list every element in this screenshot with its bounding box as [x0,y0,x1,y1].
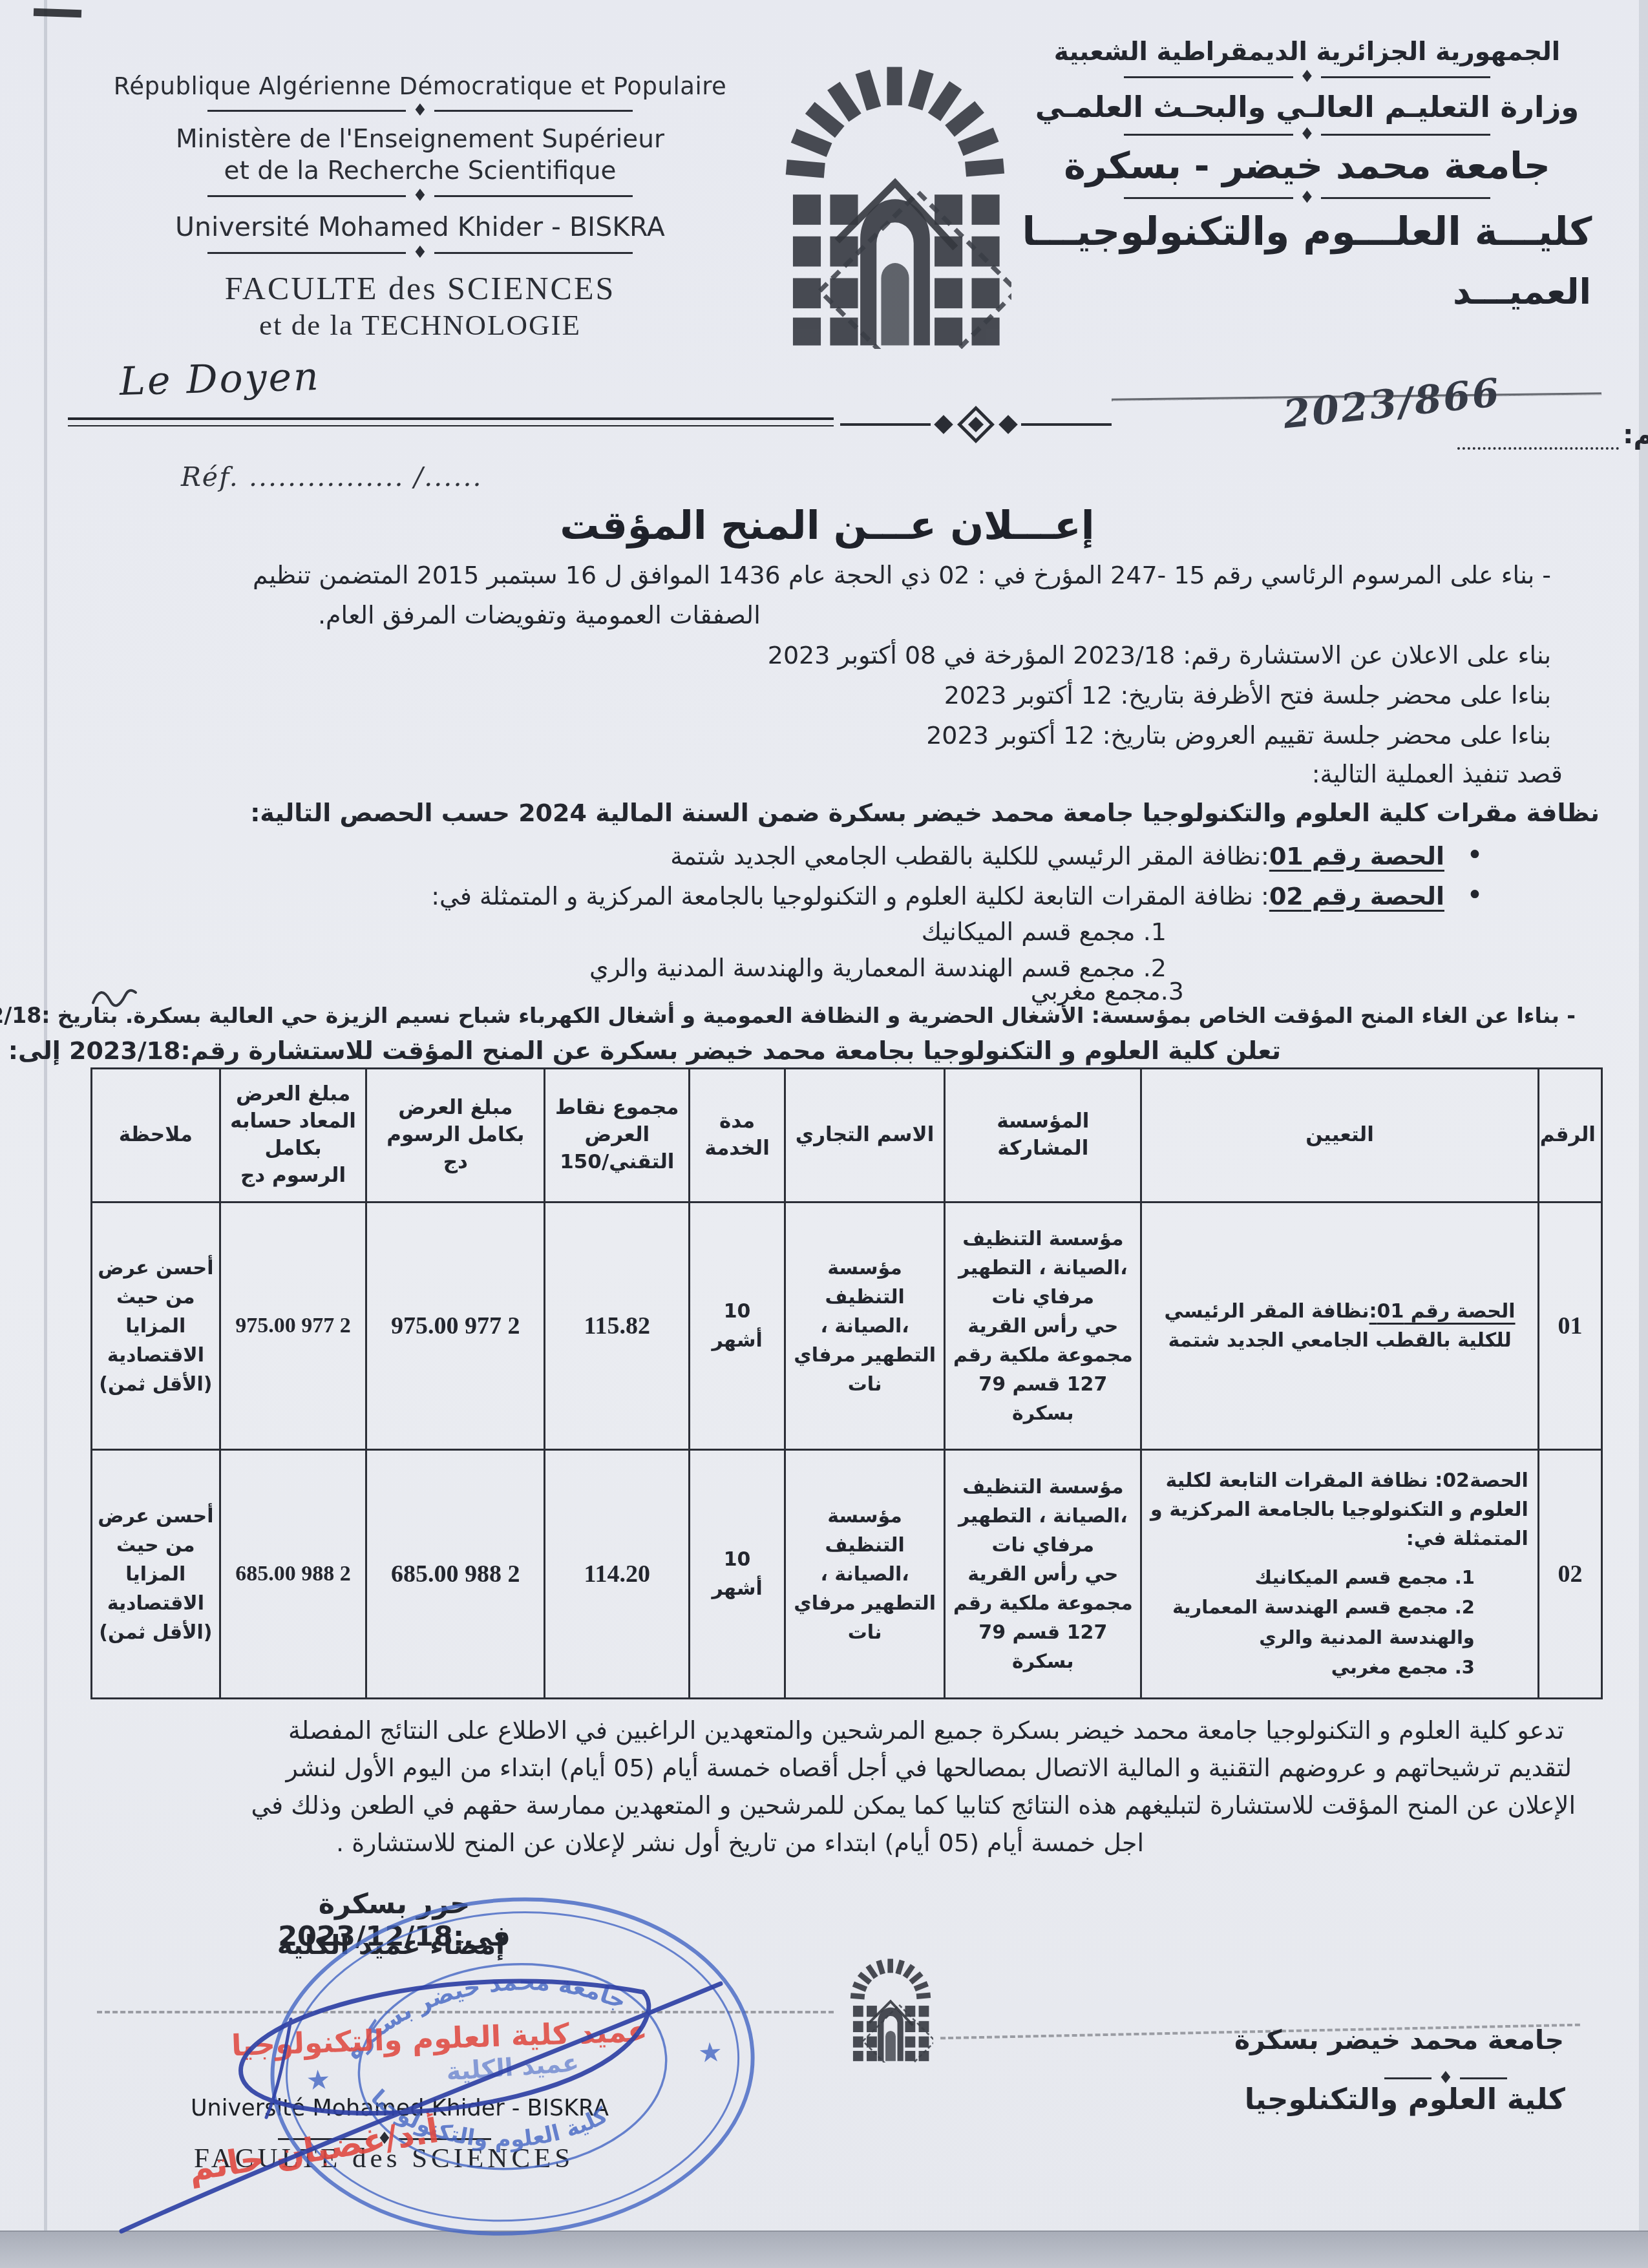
lot2-item-3: 3.مجمع مغربي [1031,977,1184,1005]
row1-note: أحسن عرض من حيث المزايا الاقتصادية (الأق… [92,1202,220,1450]
announce-line: تعلن كلية العلوم و التكنولوجيا بجامعة مح… [8,1036,1281,1065]
doc-number-label: رقم: [1623,419,1648,450]
lot2-item-1: 1. مجمع قسم الميكانيك [922,918,1167,946]
row2-num: 02 [1538,1450,1601,1699]
ornament-divider [207,107,632,114]
ornament-divider [1124,194,1490,202]
row1-duration: 10 أشهر [690,1202,785,1450]
row1-recalc-amount: 2 977 975.00 [220,1202,366,1450]
ref-line: Réf. ................ /...... [181,461,483,492]
col-amount: مبلغ العرض بكامل الرسوم دج [366,1069,545,1202]
ref-label: Réf. [181,461,239,492]
row1-trade-name: مؤسسة التنظيف ،الصيانة ، التطهير مرفاي ن… [785,1202,945,1450]
col-num: الرقم [1538,1069,1601,1202]
row1-company-name: مؤسسة التنظيف ،الصيانة ، التطهير مرفاي ن… [951,1224,1135,1312]
letterhead-arabic: الجمهورية الجزائرية الديمقراطية الشعبية … [1011,37,1603,312]
scan-corner-mark [34,8,81,18]
ornament-divider [1384,2074,1507,2082]
lot1-bullet: الحصة رقم 01:نظافة المقر الرئيسي للكلية … [670,839,1483,872]
table-header-row: الرقم التعيين المؤسسة المشاركة الاسم الت… [92,1069,1602,1202]
lot1-head: الحصة رقم 01 [1269,842,1444,870]
faculty-line-ar: كليـــة العلـــوم والتكنولوجيـــا [1011,209,1603,255]
ornament-divider [1124,131,1490,138]
ministry-line-fr: Ministère de l'Enseignement Supérieur [78,125,763,154]
handwritten-scribble [89,980,141,1016]
ministry-line-ar: وزارة التعليـم العالـي والبحـث العلمـي [1011,90,1603,124]
doc-number-line: رقم: [1457,419,1648,450]
doc-number-dotted-line [1457,425,1619,450]
university-logo [779,65,1011,349]
row1-amount: 2 977 975.00 [366,1202,545,1450]
ref-dots: ................ /...... [249,461,483,492]
ministry-line2-fr: et de la Recherche Scientifique [78,156,763,185]
row2-duration: 10 أشهر [690,1450,785,1699]
table-row: 01 الحصة رقم 01:نظافة المقر الرئيسي للكل… [92,1202,1602,1450]
row2-item-3: 3. مجمع مغربي [1147,1652,1493,1682]
row1-company: مؤسسة التنظيف ،الصيانة ، التطهير مرفاي ن… [945,1202,1141,1450]
arabesque-ornament [840,397,1112,449]
university-line-ar: جامعة محمد خيضر - بسكرة [1011,145,1603,187]
row1-designation: الحصة رقم 01:نظافة المقر الرئيسي للكلية … [1141,1202,1539,1450]
row2-company-address: حي رأس القرية مجموعة ملكية رقم 127 قسم 7… [951,1560,1135,1676]
footer-faculty-ar: كلية العلوم والتكنلوجيا [1245,2082,1565,2116]
lot2-head: الحصة رقم 02 [1269,882,1444,910]
letterhead-french: République Algérienne Démocratique et Po… [78,72,763,342]
scan-edge-right [1639,0,1648,2268]
lot2-text: : نظافة المقرات التابعة لكلية العلوم و ا… [431,882,1269,910]
announcement-title: إعـــلان عـــن المنح المؤقت [556,503,1099,549]
row2-recalc-amount: 2 988 685.00 [220,1450,366,1699]
body-line-evaluation: بناءا على محضر جلسة تقييم العروض بتاريخ:… [926,721,1551,750]
body-line-decree: - بناء على المرسوم الرئاسي رقم 15 -247 ا… [253,561,1551,589]
doyen-script: Le Doyen [119,354,321,404]
row2-points: 114.20 [545,1450,690,1699]
table-row: 02 الحصة02: نظافة المقرات التابعة لكلية … [92,1450,1602,1699]
row2-trade-name: مؤسسة التنظيف ،الصيانة ، التطهير مرفاي ن… [785,1450,945,1699]
ornament-divider [1124,73,1490,81]
body-line-opening: بناءا على محضر جلسة فتح الأظرفة بتاريخ: … [944,681,1551,709]
col-duration: مدة الخدمة [690,1069,785,1202]
body-line-decree2: الصفقات العمومية وتفويضات المرفق العام. [318,601,761,629]
col-designation: التعيين [1141,1069,1539,1202]
closing-line-1: تدعو كلية العلوم و التكنولوجيا جامعة محم… [288,1716,1564,1745]
ornament-divider [207,192,632,200]
republic-line-fr: République Algérienne Démocratique et Po… [78,72,763,100]
row2-designation-items: 1. مجمع قسم الميكانيك 2. مجمع قسم الهندس… [1147,1562,1528,1683]
row2-des-head: الحصة02: [1435,1469,1528,1492]
cancellation-line: - بناءا عن الغاء المنح المؤقت الخاص بمؤس… [0,1003,1576,1028]
row1-points: 115.82 [545,1202,690,1450]
header-rule-left [68,417,834,426]
university-line-fr: Université Mohamed Khider - BISKRA [78,211,763,242]
lot1-text: :نظافة المقر الرئيسي للكلية بالقطب الجام… [670,842,1269,870]
row2-amount: 2 988 685.00 [366,1450,545,1699]
faculty-line-fr: FACULTE des SCIENCES [78,269,763,307]
col-company: المؤسسة المشاركة [945,1069,1141,1202]
republic-line-ar: الجمهورية الجزائرية الديمقراطية الشعبية [1011,37,1603,67]
col-trade-name: الاسم التجاري [785,1069,945,1202]
row1-num: 01 [1538,1202,1601,1450]
body-line-purpose: قصد تنفيذ العملية التالية: [1312,760,1563,788]
row1-des-head: الحصة رقم 01: [1369,1300,1516,1323]
dean-signature [97,1929,782,2258]
ornament-divider [207,249,632,257]
row2-item-1: 1. مجمع قسم الميكانيك [1147,1562,1493,1592]
footer-logo [848,1958,933,2063]
row2-note: أحسن عرض من حيث المزايا الاقتصادية (الأق… [92,1450,220,1699]
results-table: الرقم التعيين المؤسسة المشاركة الاسم الت… [90,1067,1603,1699]
row2-designation: الحصة02: نظافة المقرات التابعة لكلية الع… [1141,1450,1539,1699]
footer-university-ar: جامعة محمد خيضر بسكرة [1234,2024,1564,2055]
closing-line-2: لتقديم ترشيحاتهم و عروضهم التقنية و الما… [286,1754,1572,1782]
scanned-document-page: République Algérienne Démocratique et Po… [0,0,1648,2268]
row2-item-2: 2. مجمع قسم الهندسة المعمارية والهندسة ا… [1147,1592,1493,1652]
body-line-consultation: بناء على الاعلان عن الاستشارة رقم: 2023/… [768,641,1551,669]
col-note: ملاحظة [92,1069,220,1202]
row2-company-name: مؤسسة التنظيف ،الصيانة ، التطهير مرفاي ن… [951,1473,1135,1560]
row1-company-address: حي رأس القرية مجموعة ملكية رقم 127 قسم 7… [951,1312,1135,1428]
col-recalc-amount: مبلغ العرض المعاد حسابه بكامل الرسوم دج [220,1069,366,1202]
col-points: مجموع نقاط العرض التقني/150 [545,1069,690,1202]
scan-edge-left [44,0,47,2268]
row2-company: مؤسسة التنظيف ،الصيانة ، التطهير مرفاي ن… [945,1450,1141,1699]
closing-line-4: اجل خمسة أيام (05 أيام) ابتداء من تاريخ … [336,1829,1144,1857]
faculty-line2-fr: et de la TECHNOLOGIE [78,308,763,342]
dean-line-ar: العميـــد [1011,271,1603,312]
closing-line-3: الإعلان عن المنح المؤقت للاستشارة لتبليغ… [251,1791,1576,1820]
body-line-operation: نظافة مقرات كلية العلوم والتكنولوجيا جام… [250,799,1600,827]
lot2-bullet: الحصة رقم 02: نظافة المقرات التابعة لكلي… [431,879,1483,912]
